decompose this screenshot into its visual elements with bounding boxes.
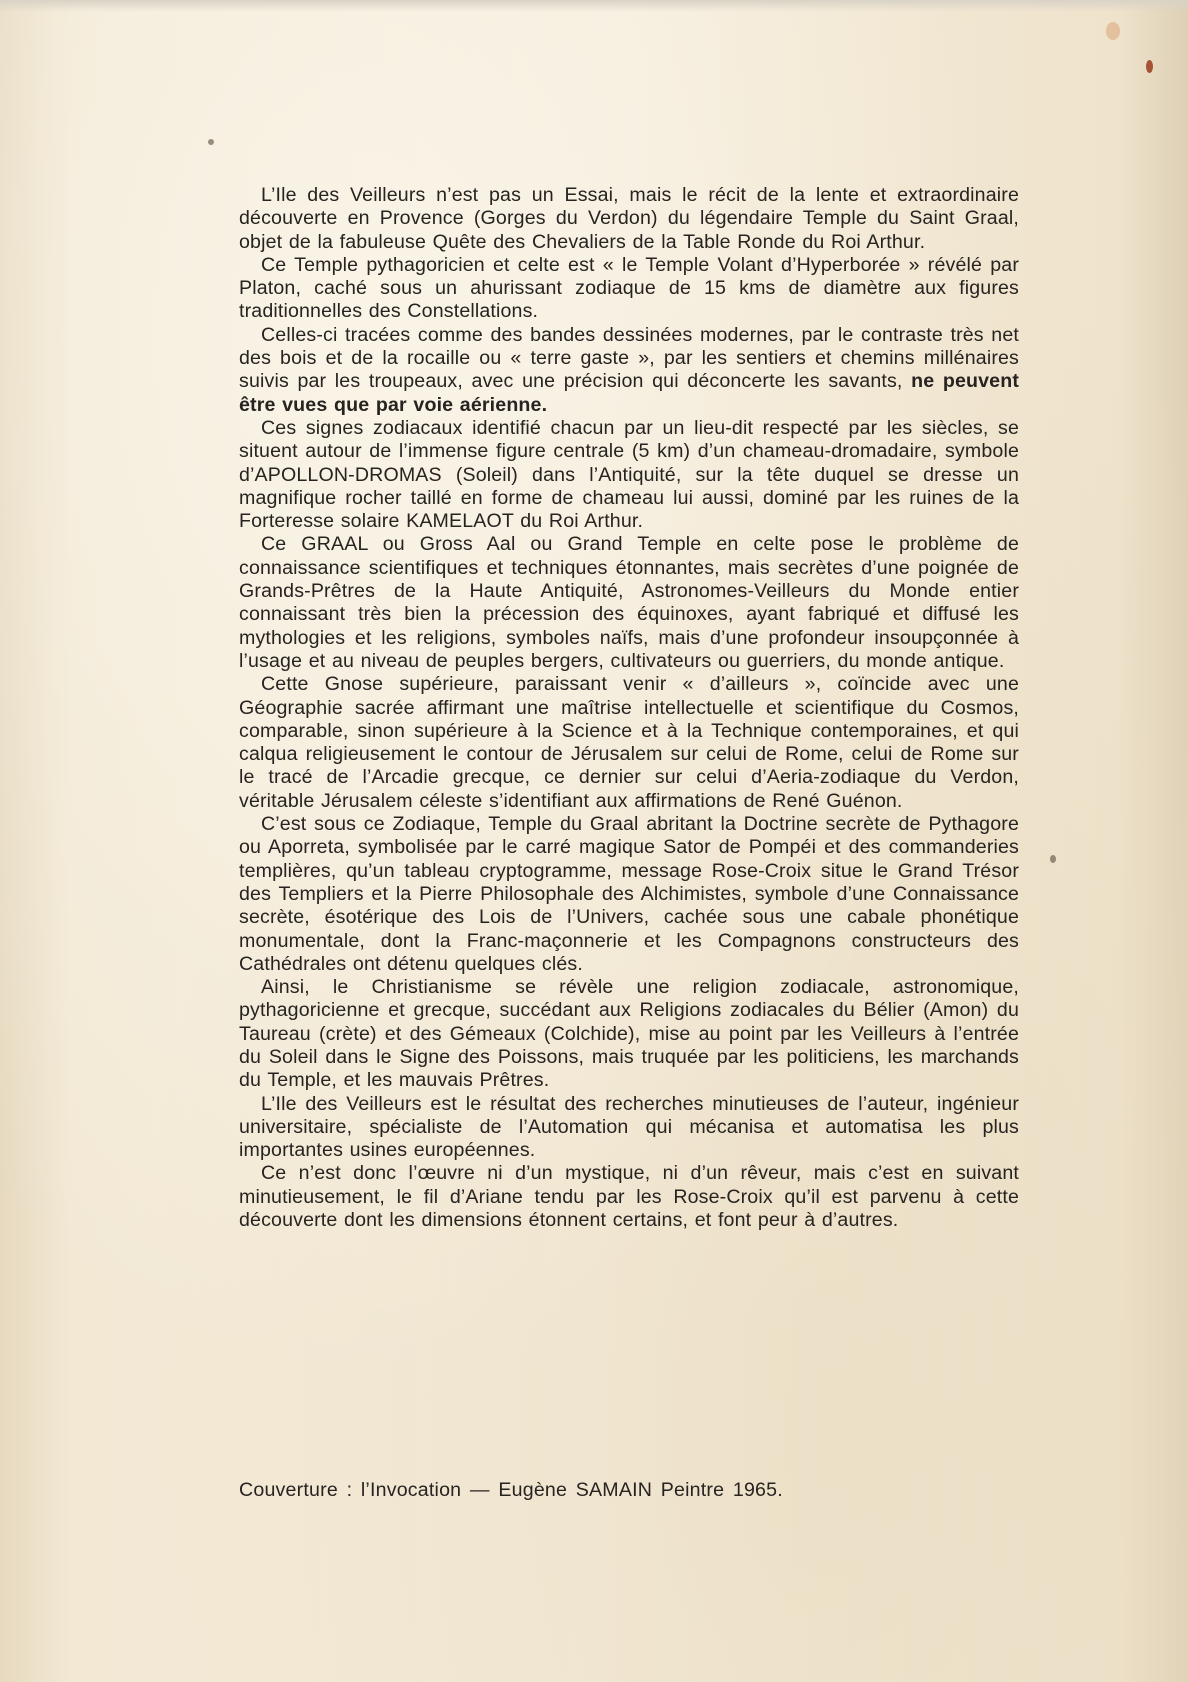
paragraph: L’Ile des Veilleurs est le résultat des … xyxy=(239,1093,1019,1163)
paragraph-text: Celles-ci tracées comme des bandes dessi… xyxy=(239,324,1019,393)
paragraph: C’est sous ce Zodiaque, Temple du Graal … xyxy=(239,813,1019,976)
cover-credit: Couverture : l’Invocation — Eugène SAMAI… xyxy=(239,1479,783,1502)
back-cover-text: L’Ile des Veilleurs n’est pas un Essai, … xyxy=(239,184,1019,1232)
paragraph: Ce n’est donc l’œuvre ni d’un mystique, … xyxy=(239,1162,1019,1232)
paragraph: Ces signes zodiacaux identifié chacun pa… xyxy=(239,417,1019,533)
paragraph: Cette Gnose supérieure, paraissant venir… xyxy=(239,673,1019,813)
dirt-speck xyxy=(208,139,214,145)
dirt-speck xyxy=(1050,855,1056,863)
paragraph: L’Ile des Veilleurs n’est pas un Essai, … xyxy=(239,184,1019,254)
rust-stain xyxy=(1146,60,1153,73)
paragraph: Celles-ci tracées comme des bandes dessi… xyxy=(239,324,1019,417)
torn-top-edge xyxy=(0,0,1188,12)
faded-stain xyxy=(1106,22,1120,40)
paragraph: Ainsi, le Christianisme se révèle une re… xyxy=(239,976,1019,1092)
paragraph: Ce Temple pythagoricien et celte est « l… xyxy=(239,254,1019,324)
paragraph: Ce GRAAL ou Gross Aal ou Grand Temple en… xyxy=(239,533,1019,673)
